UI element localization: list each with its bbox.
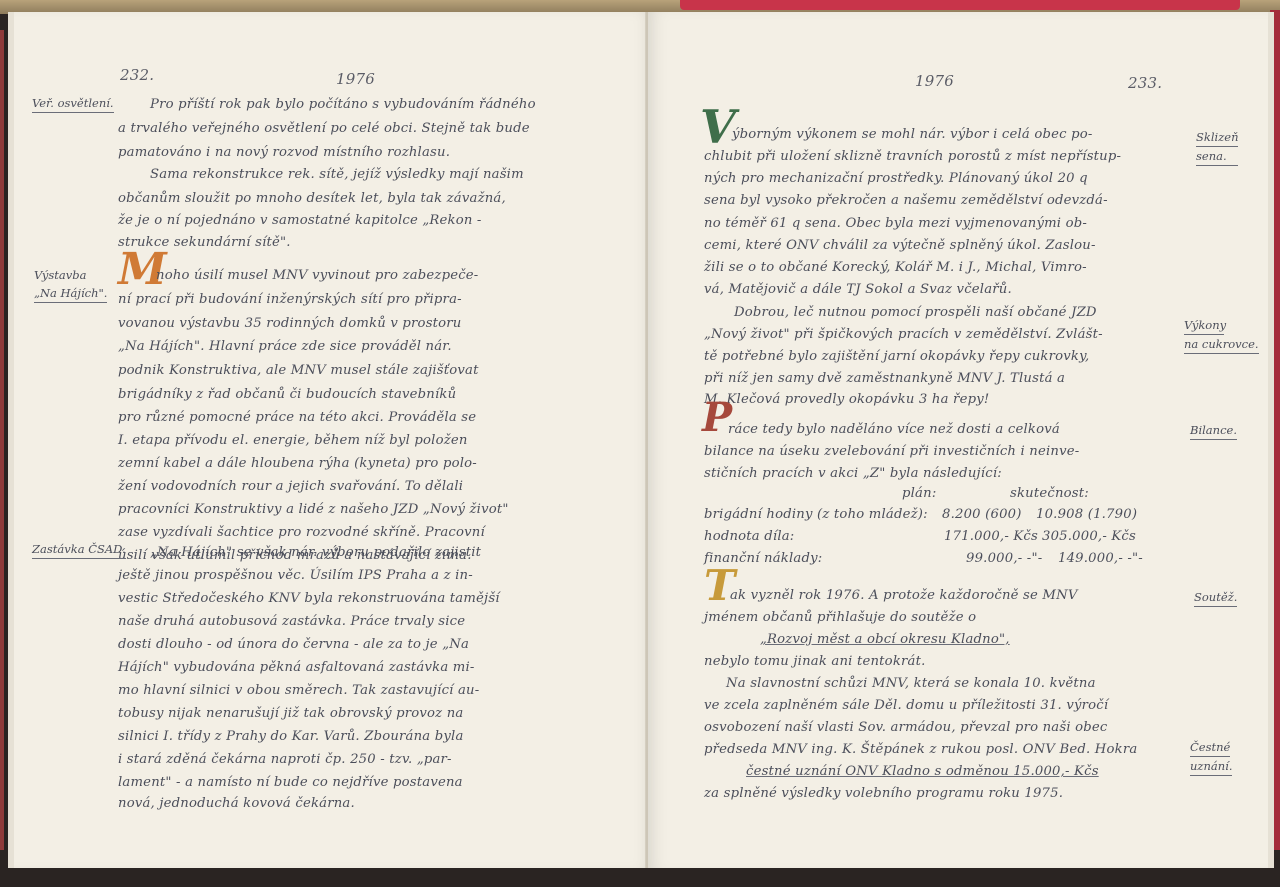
book-bottom-shadow bbox=[0, 868, 1280, 887]
margin-note-sugar-beet: Výkony na cukrovce. bbox=[1184, 316, 1259, 354]
margin-note-line: sena. bbox=[1196, 147, 1238, 165]
text-line: stičních pracích v akci „Z" byla následu… bbox=[704, 466, 1002, 481]
text-line: vestic Středočeského KNV byla rekonstruo… bbox=[118, 591, 500, 606]
decorative-initial-v: V bbox=[700, 104, 736, 150]
text-line: „Na Hájích" se však nár. výboru podařilo… bbox=[150, 545, 481, 560]
text-line: a trvalého veřejného osvětlení po celé o… bbox=[118, 121, 530, 136]
text-line: občanům sloužit po mnoho desítek let, by… bbox=[118, 191, 506, 206]
text-line: tobusy nijak nenarušují již tak obrovský… bbox=[118, 706, 463, 721]
table-row-plan: 171.000,- Kčs bbox=[944, 529, 1038, 544]
text-line: I. etapa přívodu el. energie, během níž … bbox=[118, 433, 468, 448]
text-line: osvobození naší vlasti Sov. armádou, pře… bbox=[704, 720, 1108, 735]
margin-note-bus-stop: Zastávka ČSAD. bbox=[32, 540, 126, 559]
award-line: čestné uznání ONV Kladno s odměnou 15.00… bbox=[746, 764, 1099, 779]
text-line: ní prací při budování inženýrských sítí … bbox=[118, 292, 462, 307]
text-line: za splněné výsledky volebního programu r… bbox=[704, 786, 1063, 801]
text-line: zase vyzdívali šachtice pro rozvodné skř… bbox=[118, 525, 485, 540]
text-line: i stará zděná čekárna naproti čp. 250 - … bbox=[118, 752, 452, 767]
left-page-number: 232. bbox=[120, 66, 154, 84]
text-line: brigádníky z řad občanů či budoucích sta… bbox=[118, 387, 456, 402]
margin-note-na-hajich: Výstavba „Na Hájích". bbox=[34, 266, 107, 303]
text-line: silnici I. třídy z Prahy do Kar. Varů. Z… bbox=[118, 729, 464, 744]
text-line: sena byl vysoko překročen a našemu zeměd… bbox=[704, 193, 1108, 208]
text-line: bilance na úseku zvelebování při investi… bbox=[704, 444, 1079, 459]
text-line: Sama rekonstrukce rek. sítě, jejíž výsle… bbox=[150, 167, 524, 182]
text-line: dosti dlouho - od února do června - ale … bbox=[118, 637, 469, 652]
text-line: ve zcela zaplněném sále Děl. domu u příl… bbox=[704, 698, 1108, 713]
table-row-actual: 10.908 (1.790) bbox=[1036, 507, 1137, 522]
text-line: Pro příští rok pak bylo počítáno s vybud… bbox=[150, 97, 536, 112]
text-line: Na slavnostní schůzi MNV, která se konal… bbox=[726, 676, 1096, 691]
text-line: zemní kabel a dále hloubena rýha (kyneta… bbox=[118, 456, 477, 471]
text-line: vá, Matějovič a dále TJ Sokol a Svaz vče… bbox=[704, 282, 1012, 297]
contest-title: „Rozvoj měst a obcí okresu Kladno", bbox=[760, 632, 1010, 647]
text-line: předseda MNV ing. K. Štěpánek z rukou po… bbox=[704, 742, 1137, 757]
table-row-label: hodnota díla: bbox=[704, 529, 794, 544]
book-cover-red-edge bbox=[680, 0, 1240, 10]
text-line: jménem občanů přihlašuje do soutěže o bbox=[704, 610, 976, 625]
margin-note-honorary-award: Čestné uznání. bbox=[1190, 738, 1232, 776]
text-line: vovanou výstavbu 35 rodinných domků v pr… bbox=[118, 316, 462, 331]
text-line: že je o ní pojednáno v samostatné kapito… bbox=[118, 213, 482, 228]
text-line: ýborným výkonem se mohl nár. výbor i cel… bbox=[732, 127, 1093, 142]
table-row-plan: 99.000,- -"- bbox=[966, 551, 1042, 566]
text-line: ak vyzněl rok 1976. A protože každoročně… bbox=[730, 588, 1078, 603]
table-row-actual: 149.000,- -"- bbox=[1058, 551, 1143, 566]
table-header-plan: plán: bbox=[902, 486, 936, 501]
text-line: nová, jednoduchá kovová čekárna. bbox=[118, 796, 355, 811]
text-line: M. Klečová provedly okopávku 3 ha řepy! bbox=[704, 392, 989, 407]
margin-note-street-lighting: Veř. osvětlení. bbox=[32, 94, 114, 113]
text-line: cemi, které ONV chválil za výtečně splně… bbox=[704, 238, 1096, 253]
margin-note-line: Výkony bbox=[1184, 316, 1224, 335]
text-line: naše druhá autobusová zastávka. Práce tr… bbox=[118, 614, 465, 629]
margin-note-line: na cukrovce. bbox=[1184, 335, 1259, 353]
margin-note-line: Čestné bbox=[1190, 738, 1230, 757]
text-line: žili se o to občané Korecký, Kolář M. i … bbox=[704, 260, 1087, 275]
margin-note-line: Výstavba bbox=[34, 266, 107, 284]
text-line: Dobrou, leč nutnou pomocí prospěli naší … bbox=[734, 305, 1097, 320]
margin-note-hay-harvest: Sklizeň sena. bbox=[1196, 128, 1238, 166]
margin-note-contest: Soutěž. bbox=[1194, 588, 1237, 607]
text-line: pracovníci Konstruktivy a lidé z našeho … bbox=[118, 502, 509, 517]
text-line: ných pro mechanizační prostředky. Plánov… bbox=[704, 171, 1088, 186]
text-line: žení vodovodních rour a jejich svařování… bbox=[118, 479, 463, 494]
text-line: při níž jen samy dvě zaměstnankyně MNV J… bbox=[704, 371, 1065, 386]
table-row-label: brigádní hodiny (z toho mládež): bbox=[704, 507, 928, 522]
text-line: tě potřebné bylo zajištění jarní okopávk… bbox=[704, 349, 1089, 364]
text-line: chlubit při uložení sklizně travních por… bbox=[704, 149, 1121, 164]
table-row-actual: 305.000,- Kčs bbox=[1042, 529, 1136, 544]
right-page-year: 1976 bbox=[915, 72, 954, 90]
margin-note-balance: Bilance. bbox=[1190, 421, 1237, 440]
margin-note-line: uznání. bbox=[1190, 757, 1232, 775]
text-line: no téměř 61 q sena. Obec byla mezi vyjme… bbox=[704, 216, 1087, 231]
text-line: Hájích" vybudována pěkná asfaltovaná zas… bbox=[118, 660, 475, 675]
right-page-number: 233. bbox=[1128, 74, 1162, 92]
text-line: mo hlavní silnici v obou směrech. Tak za… bbox=[118, 683, 479, 698]
text-line: ještě jinou prospěšnou věc. Úsilím IPS P… bbox=[118, 568, 473, 583]
text-line: „Nový život" při špičkových pracích v ze… bbox=[704, 327, 1103, 342]
text-line: pamatováno i na nový rozvod místního roz… bbox=[118, 145, 450, 160]
text-line: nebylo tomu jinak ani tentokrát. bbox=[704, 654, 925, 669]
text-line: ráce tedy bylo naděláno více než dosti a… bbox=[728, 422, 1060, 437]
text-line: podnik Konstruktiva, ale MNV musel stále… bbox=[118, 363, 479, 378]
margin-note-line: „Na Hájích". bbox=[34, 284, 107, 302]
left-page-year: 1976 bbox=[336, 70, 375, 88]
text-line: lament" - a namísto ní bude co nejdříve … bbox=[118, 775, 463, 790]
table-header-actual: skutečnost: bbox=[1010, 486, 1089, 501]
text-line: pro různé pomocné práce na této akci. Pr… bbox=[118, 410, 476, 425]
table-row-plan: 8.200 (600) bbox=[942, 507, 1022, 522]
text-line: „Na Hájích". Hlavní práce zde sice prová… bbox=[118, 339, 452, 354]
book-cover-left-edge bbox=[0, 30, 4, 850]
margin-note-line: Sklizeň bbox=[1196, 128, 1238, 147]
text-line: noho úsilí musel MNV vyvinout pro zabezp… bbox=[156, 268, 478, 283]
